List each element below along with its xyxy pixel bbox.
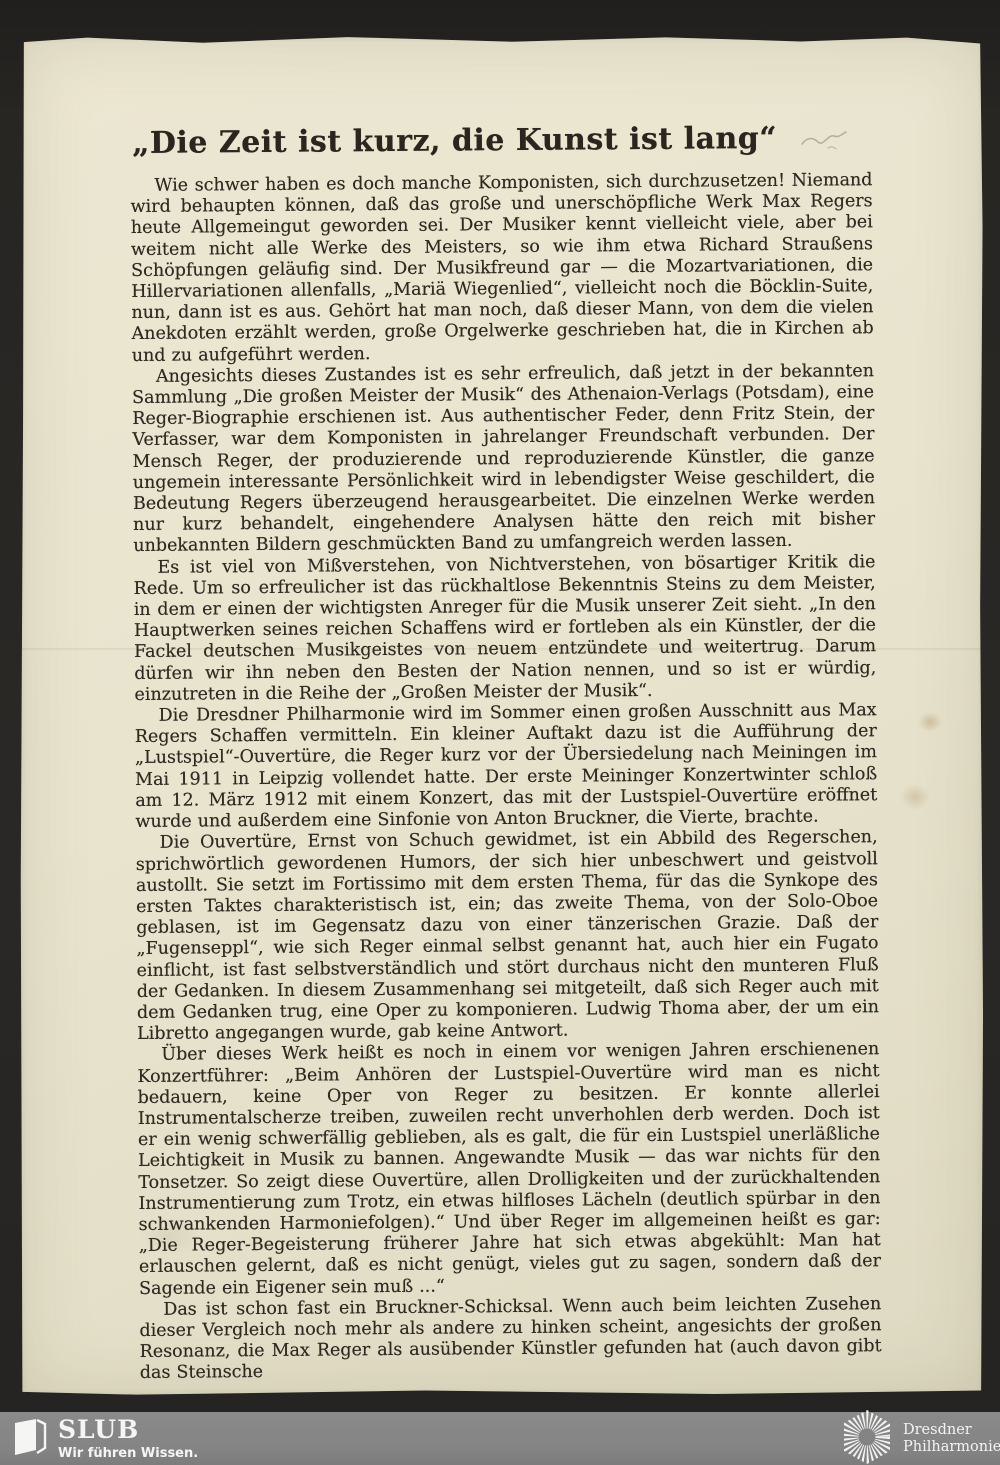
document-content: „Die Zeit ist kurz, die Kunst ist lang“ …: [130, 120, 882, 1384]
page-title: „Die Zeit ist kurz, die Kunst ist lang“: [132, 120, 870, 161]
paragraph: Die Ouvertüre, Ernst von Schuch gewidmet…: [136, 827, 880, 1045]
paragraph: Es ist viel von Mißverstehen, von Nichtv…: [133, 552, 876, 706]
document-page: „Die Zeit ist kurz, die Kunst ist lang“ …: [20, 36, 984, 1396]
philharmonie-text: Dresdner Philharmonie: [903, 1422, 1000, 1456]
philharmonie-line1: Dresdner: [903, 1422, 1000, 1439]
slub-text: SLUB Wir führen Wissen.: [58, 1417, 198, 1461]
philharmonie-line2: Philharmonie: [903, 1439, 1000, 1456]
philharmonie-starburst-icon: [840, 1410, 894, 1465]
document-body: Wie schwer haben es doch manche Komponis…: [130, 170, 881, 1384]
paper-stain: [900, 784, 930, 810]
dresdner-philharmonie-logo[interactable]: Dresdner Philharmonie: [840, 1412, 1000, 1465]
paragraph: Angesichts dieses Zustandes ist es sehr …: [132, 361, 875, 558]
slub-wordmark: SLUB: [58, 1417, 198, 1443]
slub-logo[interactable]: SLUB Wir führen Wissen.: [12, 1417, 198, 1461]
paper-stain: [918, 712, 942, 732]
paragraph: Das ist schon fast ein Bruckner-Schicksa…: [139, 1294, 882, 1385]
slub-book-icon: [12, 1417, 48, 1461]
paragraph: Die Dresdner Philharmonie wird im Sommer…: [135, 700, 878, 833]
slub-tagline: Wir führen Wissen.: [58, 1446, 198, 1461]
paragraph: Wie schwer haben es doch manche Komponis…: [130, 170, 873, 367]
scan-viewer: „Die Zeit ist kurz, die Kunst ist lang“ …: [0, 0, 1000, 1465]
paragraph: Über dieses Werk heißt es noch in einem …: [137, 1039, 881, 1299]
branding-footer: SLUB Wir führen Wissen.: [0, 1412, 1000, 1465]
